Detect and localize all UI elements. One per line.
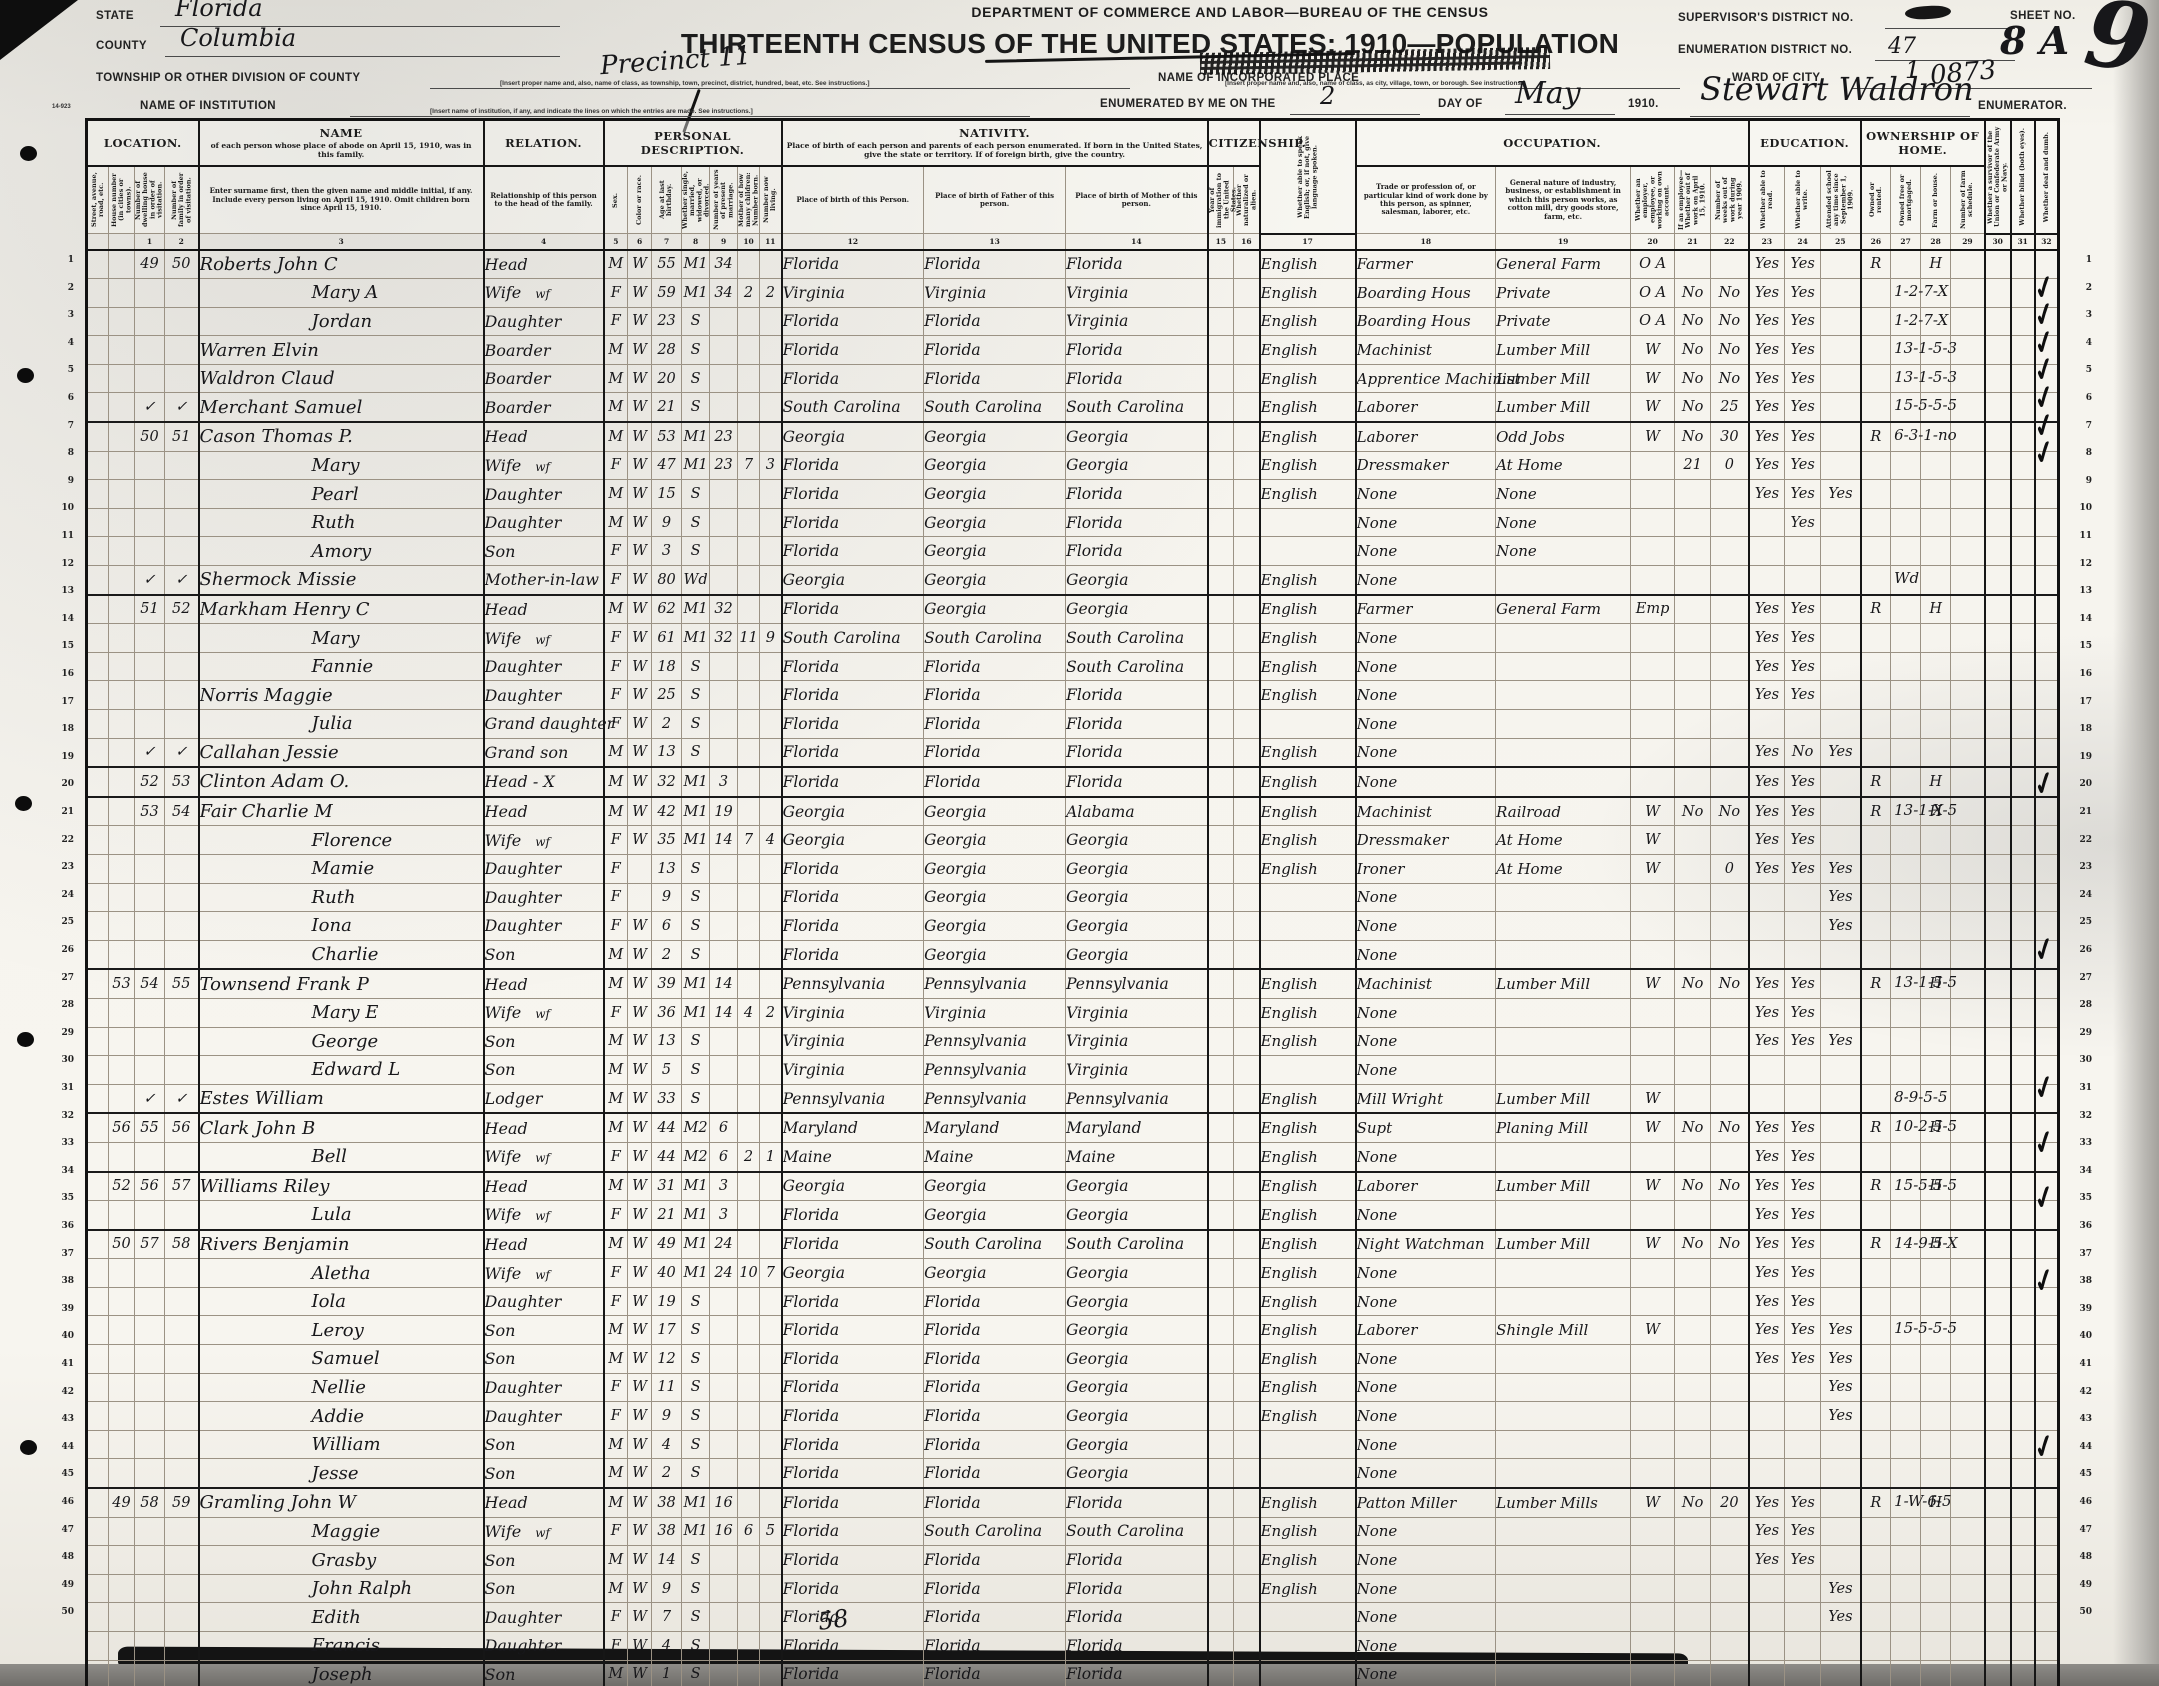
cell-rd	[1749, 537, 1785, 566]
table-row: GeorgeSonMW13SVirginiaPennsylvaniaVirgin…	[87, 1027, 2059, 1056]
cell-sx: M	[604, 422, 628, 451]
margin-code-annotation: 13-1-5-3	[1894, 339, 1957, 357]
cell-in	[1496, 681, 1631, 710]
cell-co: W	[628, 1056, 652, 1085]
column-subheader: House number (in cities or towns).	[109, 166, 135, 234]
cell-en: English	[1260, 393, 1356, 422]
cell-ma: M1	[682, 451, 710, 480]
cell-cl	[760, 1056, 782, 1085]
table-row: 495859Gramling John WHeadMW38M116Florida…	[87, 1488, 2059, 1517]
cell-vt	[1985, 1142, 2011, 1171]
line-number: 31	[48, 1083, 74, 1093]
scan-edge-shade	[2113, 0, 2159, 1686]
cell-wk	[1711, 250, 1749, 279]
line-number: 37	[48, 1249, 74, 1259]
cell-on	[1861, 1287, 1891, 1316]
cell-ag: 14	[652, 1546, 682, 1575]
cell-sc: Yes	[1821, 854, 1861, 883]
line-number: 2	[48, 283, 74, 293]
cell-wk	[1711, 767, 1749, 797]
cell-nm: Mary	[199, 624, 484, 653]
cell-co: W	[628, 1287, 652, 1316]
cell-yr	[710, 336, 738, 365]
cell-in: General Farm	[1496, 250, 1631, 279]
cell-yr	[710, 307, 738, 336]
cell-cs	[1631, 1430, 1675, 1459]
cell-cl: 2	[760, 998, 782, 1027]
cell-en	[1260, 1660, 1356, 1686]
cell-re: Daughter	[484, 480, 604, 509]
cell-fa	[165, 336, 199, 365]
cell-st	[87, 681, 109, 710]
cell-na	[1234, 1603, 1260, 1632]
cell-sd	[1951, 1459, 1985, 1488]
form-code: 14-923	[52, 104, 71, 110]
cell-tr: Laborer	[1356, 1172, 1496, 1201]
column-number: 24	[1785, 234, 1821, 250]
cell-sd	[1951, 738, 1985, 767]
cell-pm: Florida	[1066, 250, 1208, 279]
cell-pb: Florida	[782, 1402, 924, 1431]
cell-sc	[1821, 364, 1861, 393]
cell-fh	[1921, 1660, 1951, 1686]
table-row: ✓✓Merchant SamuelBoarderMW21SSouth Carol…	[87, 393, 2059, 422]
cell-wr: Yes	[1785, 1142, 1821, 1171]
cell-vt	[1985, 336, 2011, 365]
column-subheader: Year of immigration to the United States…	[1208, 166, 1234, 234]
cell-sc	[1821, 624, 1861, 653]
cell-sx: M	[604, 1113, 628, 1142]
cell-ow	[1675, 508, 1711, 537]
cell-wr: Yes	[1785, 797, 1821, 826]
cell-cl: 3	[760, 451, 782, 480]
cell-co: W	[628, 307, 652, 336]
cell-cb: 7	[738, 826, 760, 855]
cell-in: Lumber Mill	[1496, 336, 1631, 365]
column-subheader: Owned free or mortgaged.	[1891, 166, 1921, 234]
cell-st	[87, 364, 109, 393]
cell-ma: S	[682, 364, 710, 393]
column-subheader: Number now living.	[760, 166, 782, 234]
cell-na	[1234, 1459, 1260, 1488]
cell-dw: 52	[135, 767, 165, 797]
cell-cs	[1631, 1373, 1675, 1402]
cell-na	[1234, 1142, 1260, 1171]
cell-sd	[1951, 1084, 1985, 1113]
cell-cs	[1631, 940, 1675, 969]
cell-im	[1208, 451, 1234, 480]
cell-hn	[109, 1027, 135, 1056]
cell-tr: Machinist	[1356, 797, 1496, 826]
column-subheader: Place of birth of this Person.	[782, 166, 924, 234]
cell-yr	[710, 1546, 738, 1575]
cell-im	[1208, 1373, 1234, 1402]
cell-on	[1861, 854, 1891, 883]
cell-co: W	[628, 336, 652, 365]
line-number: 12	[48, 559, 74, 569]
cell-ag: 1	[652, 1660, 682, 1686]
line-number: 29	[48, 1028, 74, 1038]
cell-pm: Alabama	[1066, 797, 1208, 826]
cell-mo	[1891, 854, 1921, 883]
cell-en: English	[1260, 595, 1356, 624]
cell-en	[1260, 1632, 1356, 1661]
cell-tr: Laborer	[1356, 422, 1496, 451]
cell-mo	[1891, 624, 1921, 653]
table-row: MaryWifewfFW47M12373FloridaGeorgiaGeorgi…	[87, 451, 2059, 480]
table-row: PearlDaughterMW15SFloridaGeorgiaFloridaE…	[87, 480, 2059, 509]
cell-re: Daughter	[484, 883, 604, 912]
cell-na	[1234, 1345, 1260, 1374]
cell-pm: Florida	[1066, 364, 1208, 393]
cell-bl	[2011, 710, 2035, 739]
cell-nm: Roberts John C	[199, 250, 484, 279]
cell-hn	[109, 738, 135, 767]
line-number: 33	[48, 1138, 74, 1148]
cell-df	[2035, 1603, 2059, 1632]
cell-tr: None	[1356, 940, 1496, 969]
line-number: 14	[2066, 614, 2092, 624]
cell-pm: South Carolina	[1066, 624, 1208, 653]
cell-cs	[1631, 1259, 1675, 1288]
cell-ag: 5	[652, 1056, 682, 1085]
cell-st	[87, 826, 109, 855]
cell-pb: Virginia	[782, 1027, 924, 1056]
cell-wk	[1711, 1345, 1749, 1374]
cell-ow	[1675, 1027, 1711, 1056]
cell-wk	[1711, 1287, 1749, 1316]
margin-code-annotation: 15-5-5-5	[1894, 396, 1957, 414]
cell-pb: Florida	[782, 1459, 924, 1488]
cell-vt	[1985, 652, 2011, 681]
cell-st	[87, 1230, 109, 1259]
cell-ow	[1675, 1660, 1711, 1686]
cell-sd	[1951, 1201, 1985, 1230]
cell-sd	[1951, 854, 1985, 883]
margin-code-annotation: 1-W-6-5	[1894, 1492, 1951, 1510]
cell-ag: 18	[652, 652, 682, 681]
line-number: 36	[2066, 1221, 2092, 1231]
cell-vt	[1985, 1259, 2011, 1288]
cell-yr: 23	[710, 451, 738, 480]
cell-in	[1496, 710, 1631, 739]
column-group-header: RELATION.	[484, 120, 604, 167]
cell-hn	[109, 940, 135, 969]
cell-wr: Yes	[1785, 624, 1821, 653]
cell-df	[2035, 1574, 2059, 1603]
line-number: 8	[2066, 448, 2092, 458]
cell-mo	[1891, 1546, 1921, 1575]
cell-hn	[109, 537, 135, 566]
cell-rd	[1749, 710, 1785, 739]
cell-fa	[165, 279, 199, 308]
cell-im	[1208, 1142, 1234, 1171]
cell-wr: Yes	[1785, 1027, 1821, 1056]
cell-ma: S	[682, 1287, 710, 1316]
cell-wk	[1711, 1142, 1749, 1171]
cell-pm: Georgia	[1066, 1459, 1208, 1488]
cell-on	[1861, 1345, 1891, 1374]
cell-sc: Yes	[1821, 912, 1861, 941]
cell-cb	[738, 854, 760, 883]
cell-cl	[760, 1603, 782, 1632]
cell-rd: Yes	[1749, 681, 1785, 710]
cell-df	[2035, 1517, 2059, 1546]
cell-tr: None	[1356, 480, 1496, 509]
cell-na	[1234, 1316, 1260, 1345]
place-value-crossed-out	[1200, 47, 1550, 75]
cell-nm: Nellie	[199, 1373, 484, 1402]
cell-on	[1861, 1084, 1891, 1113]
cell-yr: 34	[710, 250, 738, 279]
cell-sd	[1951, 451, 1985, 480]
cell-cb	[738, 508, 760, 537]
line-number: 28	[2066, 1000, 2092, 1010]
cell-ow: No	[1675, 1172, 1711, 1201]
cell-cs	[1631, 652, 1675, 681]
cell-tr: Dressmaker	[1356, 826, 1496, 855]
cell-re: Wifewf	[484, 279, 604, 308]
cell-on	[1861, 537, 1891, 566]
cell-wk: No	[1711, 279, 1749, 308]
cell-co: W	[628, 537, 652, 566]
cell-re: Son	[484, 1660, 604, 1686]
cell-pb: Florida	[782, 508, 924, 537]
cell-pm: Florida	[1066, 508, 1208, 537]
cell-dw	[135, 998, 165, 1027]
line-number: 16	[48, 669, 74, 679]
cell-ma: S	[682, 854, 710, 883]
cell-in	[1496, 1430, 1631, 1459]
line-number: 48	[2066, 1552, 2092, 1562]
line-number: 22	[2066, 835, 2092, 845]
cell-wr: Yes	[1785, 681, 1821, 710]
cell-tr: None	[1356, 1632, 1496, 1661]
cell-fh	[1921, 480, 1951, 509]
line-number: 6	[2066, 393, 2092, 403]
cell-yr	[710, 940, 738, 969]
cell-vt	[1985, 1430, 2011, 1459]
cell-re: Wifewf	[484, 1142, 604, 1171]
cell-im	[1208, 364, 1234, 393]
cell-re: Head	[484, 422, 604, 451]
line-number: 16	[2066, 669, 2092, 679]
cell-fa: 57	[165, 1172, 199, 1201]
cell-en: English	[1260, 969, 1356, 998]
cell-vt	[1985, 1574, 2011, 1603]
cell-wk	[1711, 1259, 1749, 1288]
column-group-header: PERSONAL DESCRIPTION.	[604, 120, 782, 167]
cell-in	[1496, 1373, 1631, 1402]
cell-wr	[1785, 1660, 1821, 1686]
cell-tr: None	[1356, 537, 1496, 566]
cell-ma: M1	[682, 1517, 710, 1546]
table-row: EdithDaughterFW7SFloridaFloridaFloridaNo…	[87, 1603, 2059, 1632]
cell-im	[1208, 1632, 1234, 1661]
cell-cs	[1631, 1632, 1675, 1661]
cell-st	[87, 1172, 109, 1201]
cell-cb	[738, 1201, 760, 1230]
cell-wk	[1711, 652, 1749, 681]
cell-pf: Florida	[924, 364, 1066, 393]
cell-nm: Clinton Adam O.	[199, 767, 484, 797]
line-number: 43	[48, 1414, 74, 1424]
cell-cl	[760, 566, 782, 595]
cell-cs	[1631, 1402, 1675, 1431]
cell-ag: 42	[652, 797, 682, 826]
cell-sd	[1951, 595, 1985, 624]
cell-wr	[1785, 940, 1821, 969]
cell-st	[87, 1113, 109, 1142]
cell-in	[1496, 1027, 1631, 1056]
cell-mo: 13-1-5-3	[1891, 364, 1921, 393]
cell-sd	[1951, 1517, 1985, 1546]
cell-pf: Maryland	[924, 1113, 1066, 1142]
cell-cb: 2	[738, 1142, 760, 1171]
column-subheader: Number of dwelling house in order of vis…	[135, 166, 165, 234]
cell-pf: Georgia	[924, 1172, 1066, 1201]
cell-co: W	[628, 279, 652, 308]
cell-wk	[1711, 624, 1749, 653]
cell-pf: Georgia	[924, 1201, 1066, 1230]
cell-sx: M	[604, 250, 628, 279]
cell-ma: M1	[682, 1230, 710, 1259]
cell-sx: F	[604, 1603, 628, 1632]
cell-cb	[738, 1632, 760, 1661]
signature-line	[1690, 102, 1970, 117]
cell-pb: Florida	[782, 250, 924, 279]
cell-en: English	[1260, 1027, 1356, 1056]
cell-nm: Markham Henry C	[199, 595, 484, 624]
cell-ow: No	[1675, 307, 1711, 336]
cell-rd	[1749, 1402, 1785, 1431]
cell-sx: M	[604, 1574, 628, 1603]
cell-wk	[1711, 1574, 1749, 1603]
cell-dw: ✓	[135, 566, 165, 595]
cell-sd	[1951, 681, 1985, 710]
cell-cs	[1631, 1459, 1675, 1488]
table-row: 5354Fair Charlie MHeadMW42M119GeorgiaGeo…	[87, 797, 2059, 826]
cell-ma: S	[682, 1459, 710, 1488]
cell-yr	[710, 681, 738, 710]
line-number: 26	[2066, 945, 2092, 955]
cell-wk	[1711, 1632, 1749, 1661]
cell-na	[1234, 480, 1260, 509]
cell-ma: M1	[682, 1488, 710, 1517]
cell-cs: W	[1631, 1316, 1675, 1345]
cell-cb	[738, 1172, 760, 1201]
line-number: 33	[2066, 1138, 2092, 1148]
cell-bl	[2011, 652, 2035, 681]
cell-fa: 58	[165, 1230, 199, 1259]
cell-st	[87, 1632, 109, 1661]
cell-re: Grand daughter	[484, 710, 604, 739]
line-number: 50	[48, 1607, 74, 1617]
cell-on	[1861, 1201, 1891, 1230]
cell-rd: Yes	[1749, 336, 1785, 365]
cell-yr	[710, 883, 738, 912]
cell-in: None	[1496, 508, 1631, 537]
cell-pm: Florida	[1066, 710, 1208, 739]
cell-yr: 14	[710, 826, 738, 855]
cell-sx: F	[604, 1142, 628, 1171]
cell-rd	[1749, 508, 1785, 537]
cell-on	[1861, 1142, 1891, 1171]
cell-sx: F	[604, 1373, 628, 1402]
cell-cb: 10	[738, 1259, 760, 1288]
cell-cs: W	[1631, 1172, 1675, 1201]
margin-code-annotation: 15-5-5-5	[1894, 1319, 1957, 1337]
cell-sc: Yes	[1821, 1402, 1861, 1431]
cell-sd	[1951, 307, 1985, 336]
cell-in	[1496, 767, 1631, 797]
cell-sc	[1821, 1517, 1861, 1546]
cell-sx: M	[604, 1345, 628, 1374]
cell-re: Son	[484, 1316, 604, 1345]
cell-re: Daughter	[484, 1402, 604, 1431]
cell-fh: H	[1921, 250, 1951, 279]
column-subheader: Relationship of this person to the head …	[484, 166, 604, 234]
cell-im	[1208, 998, 1234, 1027]
cell-pf: Florida	[924, 1287, 1066, 1316]
cell-df	[2035, 1027, 2059, 1056]
cell-ma: M1	[682, 826, 710, 855]
cell-ma: S	[682, 1056, 710, 1085]
cell-hn	[109, 1316, 135, 1345]
cell-ma: M1	[682, 767, 710, 797]
cell-vt	[1985, 1603, 2011, 1632]
line-number: 25	[48, 917, 74, 927]
cell-hn	[109, 826, 135, 855]
cell-cl	[760, 1027, 782, 1056]
table-row: 535455Townsend Frank PHeadMW39M114Pennsy…	[87, 969, 2059, 998]
cell-co: W	[628, 1027, 652, 1056]
table-row: ✓✓Estes WilliamLodgerMW33SPennsylvaniaPe…	[87, 1084, 2059, 1113]
cell-fh	[1921, 940, 1951, 969]
cell-mo	[1891, 1027, 1921, 1056]
cell-mo: 10-2-5-5	[1891, 1113, 1921, 1142]
table-row: LeroySonMW17SFloridaFloridaGeorgiaEnglis…	[87, 1316, 2059, 1345]
cell-tr: None	[1356, 883, 1496, 912]
cell-df	[2035, 1316, 2059, 1345]
cell-cs	[1631, 624, 1675, 653]
cell-vt	[1985, 738, 2011, 767]
cell-in	[1496, 883, 1631, 912]
cell-yr	[710, 1316, 738, 1345]
cell-re: Head	[484, 797, 604, 826]
line-number: 45	[48, 1469, 74, 1479]
line-number: 49	[2066, 1580, 2092, 1590]
census-sheet-scan: STATE Florida DEPARTMENT OF COMMERCE AND…	[0, 0, 2159, 1686]
cell-yr: 19	[710, 797, 738, 826]
cell-hn	[109, 566, 135, 595]
cell-vt	[1985, 710, 2011, 739]
line-number: 42	[48, 1387, 74, 1397]
cell-mo	[1891, 940, 1921, 969]
margin-code-annotation: 6-3-1-no	[1894, 426, 1957, 444]
cell-yr: 6	[710, 1113, 738, 1142]
cell-sc	[1821, 595, 1861, 624]
cell-wk	[1711, 1201, 1749, 1230]
column-number: 16	[1234, 234, 1260, 250]
punch-hole-icon	[20, 1440, 37, 1455]
cell-dw	[135, 940, 165, 969]
cell-dw: 55	[135, 1113, 165, 1142]
cell-nm: Mary A	[199, 279, 484, 308]
cell-pf: Florida	[924, 1459, 1066, 1488]
cell-mo	[1891, 250, 1921, 279]
cell-sx: F	[604, 681, 628, 710]
